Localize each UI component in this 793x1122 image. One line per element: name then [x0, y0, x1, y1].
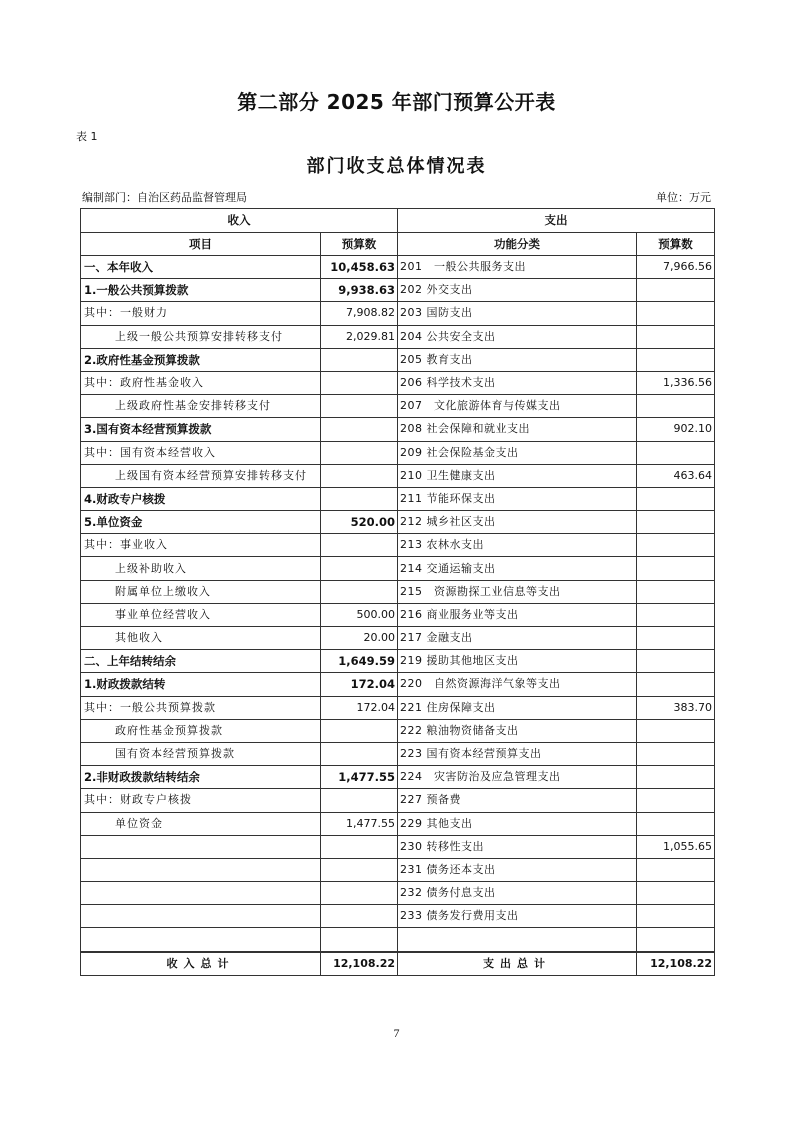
- expense-function-label: 203 国防支出: [398, 302, 637, 325]
- income-item-label: 上级国有资本经营预算安排转移支付: [81, 464, 321, 487]
- income-item-value: [321, 835, 398, 858]
- expense-function-label: 230 转移性支出: [398, 835, 637, 858]
- expense-function-label: 221 住房保障支出: [398, 696, 637, 719]
- income-item-label: 一、本年收入: [81, 256, 321, 279]
- income-total-value: 12,108.22: [321, 952, 398, 976]
- expense-function-value: 7,966.56: [637, 256, 715, 279]
- compiling-department: 编制部门：自治区药品监督管理局: [82, 189, 247, 205]
- expense-total-label: 支出总计: [398, 952, 637, 976]
- income-item-label: [81, 858, 321, 881]
- income-item-label: 事业单位经营收入: [81, 603, 321, 626]
- income-item-value: 1,477.55: [321, 766, 398, 789]
- expense-function-label: 222 粮油物资储备支出: [398, 719, 637, 742]
- expense-function-value: [637, 858, 715, 881]
- table-row: 单位资金1,477.55229 其他支出: [81, 812, 715, 835]
- table-row: 上级一般公共预算安排转移支付2,029.81204 公共安全支出: [81, 325, 715, 348]
- income-item-value: 1,649.59: [321, 650, 398, 673]
- expense-function-label: 209 社会保险基金支出: [398, 441, 637, 464]
- expense-function-value: [637, 719, 715, 742]
- expense-function-value: [637, 279, 715, 302]
- expense-function-value: [637, 650, 715, 673]
- income-item-value: [321, 395, 398, 418]
- income-item-label: 单位资金: [81, 812, 321, 835]
- section-header-row: 收入 支出: [81, 209, 715, 233]
- income-item-label: 3.国有资本经营预算拨款: [81, 418, 321, 441]
- expense-function-value: [637, 789, 715, 812]
- expense-function-label: 231 债务还本支出: [398, 858, 637, 881]
- table-row: 附属单位上缴收入215 资源勘探工业信息等支出: [81, 580, 715, 603]
- table-row: 其中：一般财力7,908.82203 国防支出: [81, 302, 715, 325]
- table-row: 上级政府性基金安排转移支付207 文化旅游体育与传媒支出: [81, 395, 715, 418]
- income-item-label: 上级补助收入: [81, 557, 321, 580]
- income-item-value: [321, 464, 398, 487]
- table-row: 4.财政专户核拨211 节能环保支出: [81, 487, 715, 510]
- income-item-label: [81, 882, 321, 905]
- main-title: 第二部分 2025 年部门预算公开表: [0, 86, 793, 115]
- table-row: 其中：事业收入213 农林水支出: [81, 534, 715, 557]
- expense-function-label: 233 债务发行费用支出: [398, 905, 637, 928]
- expense-function-value: 902.10: [637, 418, 715, 441]
- income-item-value: [321, 719, 398, 742]
- expense-total-value: 12,108.22: [637, 952, 715, 976]
- income-item-value: 20.00: [321, 627, 398, 650]
- income-item-label: 其他收入: [81, 627, 321, 650]
- column-header-row: 项目 预算数 功能分类 预算数: [81, 232, 715, 256]
- income-item-value: [321, 858, 398, 881]
- income-item-label: 政府性基金预算拨款: [81, 719, 321, 742]
- expense-function-label: 211 节能环保支出: [398, 487, 637, 510]
- expense-function-label: 224 灾害防治及应急管理支出: [398, 766, 637, 789]
- table-row: 其中：财政专户核拨227 预备费: [81, 789, 715, 812]
- income-item-label: 1.一般公共预算拨款: [81, 279, 321, 302]
- table-row: 2.非财政拨款结转结余1,477.55224 灾害防治及应急管理支出: [81, 766, 715, 789]
- income-item-label: 上级一般公共预算安排转移支付: [81, 325, 321, 348]
- table-row: 政府性基金预算拨款222 粮油物资储备支出: [81, 719, 715, 742]
- income-item-label: 2.非财政拨款结转结余: [81, 766, 321, 789]
- income-item-label: [81, 905, 321, 928]
- expense-function-value: [637, 812, 715, 835]
- expense-function-label: 202 外交支出: [398, 279, 637, 302]
- income-item-label: 国有资本经营预算拨款: [81, 742, 321, 765]
- expense-function-label: 229 其他支出: [398, 812, 637, 835]
- income-item-value: [321, 928, 398, 952]
- expense-function-label: 220 自然资源海洋气象等支出: [398, 673, 637, 696]
- table-row: 二、上年结转结余1,649.59219 援助其他地区支出: [81, 650, 715, 673]
- expense-function-label: 206 科学技术支出: [398, 371, 637, 394]
- expense-function-value: [637, 627, 715, 650]
- expense-function-label: 214 交通运输支出: [398, 557, 637, 580]
- expense-function-label: 219 援助其他地区支出: [398, 650, 637, 673]
- income-item-label: 其中：事业收入: [81, 534, 321, 557]
- table-row: 上级补助收入214 交通运输支出: [81, 557, 715, 580]
- income-item-value: 9,938.63: [321, 279, 398, 302]
- income-item-value: 10,458.63: [321, 256, 398, 279]
- expense-function-value: [637, 603, 715, 626]
- expense-function-label: 227 预备费: [398, 789, 637, 812]
- table-row: 230 转移性支出1,055.65: [81, 835, 715, 858]
- income-item-label: 其中：政府性基金收入: [81, 371, 321, 394]
- unit-label: 单位：万元: [656, 189, 711, 205]
- table-row: 1.财政拨款结转172.04220 自然资源海洋气象等支出: [81, 673, 715, 696]
- expense-function-label: 213 农林水支出: [398, 534, 637, 557]
- table-row: 其他收入20.00217 金融支出: [81, 627, 715, 650]
- col-header-item: 项目: [81, 232, 321, 256]
- expense-function-label: 217 金融支出: [398, 627, 637, 650]
- expense-function-value: [637, 302, 715, 325]
- income-header: 收入: [81, 209, 398, 233]
- expense-function-value: [637, 348, 715, 371]
- income-item-label: 2.政府性基金预算拨款: [81, 348, 321, 371]
- income-item-label: 其中：财政专户核拨: [81, 789, 321, 812]
- table-row: 2.政府性基金预算拨款205 教育支出: [81, 348, 715, 371]
- income-item-label: 附属单位上缴收入: [81, 580, 321, 603]
- expense-function-value: [637, 395, 715, 418]
- table-row: 事业单位经营收入500.00216 商业服务业等支出: [81, 603, 715, 626]
- expense-function-value: [637, 580, 715, 603]
- income-item-value: [321, 580, 398, 603]
- expense-function-label: 208 社会保障和就业支出: [398, 418, 637, 441]
- col-header-budget-expense: 预算数: [637, 232, 715, 256]
- expense-function-value: [637, 534, 715, 557]
- table-row: 3.国有资本经营预算拨款208 社会保障和就业支出902.10: [81, 418, 715, 441]
- expense-function-value: [637, 742, 715, 765]
- table-row: 1.一般公共预算拨款9,938.63202 外交支出: [81, 279, 715, 302]
- budget-summary-table: 收入 支出 项目 预算数 功能分类 预算数 一、本年收入10,458.63201…: [80, 208, 715, 976]
- table-row: 5.单位资金520.00212 城乡社区支出: [81, 511, 715, 534]
- income-total-label: 收入总计: [81, 952, 321, 976]
- expense-function-value: [637, 487, 715, 510]
- expense-function-value: 1,055.65: [637, 835, 715, 858]
- table-row: 其中：国有资本经营收入209 社会保险基金支出: [81, 441, 715, 464]
- income-item-label: 4.财政专户核拨: [81, 487, 321, 510]
- income-item-label: [81, 928, 321, 952]
- expense-function-value: [637, 673, 715, 696]
- expense-function-value: 1,336.56: [637, 371, 715, 394]
- income-item-value: [321, 487, 398, 510]
- expense-function-label: 204 公共安全支出: [398, 325, 637, 348]
- table-row: [81, 928, 715, 952]
- income-item-value: [321, 882, 398, 905]
- income-item-value: [321, 348, 398, 371]
- income-item-label: 上级政府性基金安排转移支付: [81, 395, 321, 418]
- expense-function-label: 205 教育支出: [398, 348, 637, 371]
- expense-function-value: [637, 557, 715, 580]
- expense-function-value: [637, 882, 715, 905]
- income-item-value: 2,029.81: [321, 325, 398, 348]
- expense-function-label: 215 资源勘探工业信息等支出: [398, 580, 637, 603]
- expense-function-label: 207 文化旅游体育与传媒支出: [398, 395, 637, 418]
- table-row: 其中：一般公共预算拨款172.04221 住房保障支出383.70: [81, 696, 715, 719]
- income-item-label: 其中：国有资本经营收入: [81, 441, 321, 464]
- expense-function-value: [637, 511, 715, 534]
- total-row: 收入总计12,108.22支出总计12,108.22: [81, 952, 715, 976]
- income-item-label: 1.财政拨款结转: [81, 673, 321, 696]
- income-item-value: [321, 418, 398, 441]
- expense-function-value: [637, 325, 715, 348]
- table-row: 上级国有资本经营预算安排转移支付210 卫生健康支出463.64: [81, 464, 715, 487]
- income-item-label: 二、上年结转结余: [81, 650, 321, 673]
- expense-function-value: [637, 441, 715, 464]
- income-item-label: 其中：一般公共预算拨款: [81, 696, 321, 719]
- expense-function-label: 210 卫生健康支出: [398, 464, 637, 487]
- expense-header: 支出: [398, 209, 715, 233]
- expense-function-value: [637, 766, 715, 789]
- table-number: 表 1: [76, 128, 98, 144]
- table-row: 国有资本经营预算拨款223 国有资本经营预算支出: [81, 742, 715, 765]
- expense-function-label: 216 商业服务业等支出: [398, 603, 637, 626]
- table-row: 一、本年收入10,458.63201 一般公共服务支出7,966.56: [81, 256, 715, 279]
- income-item-value: 172.04: [321, 673, 398, 696]
- income-item-label: 其中：一般财力: [81, 302, 321, 325]
- table-row: 231 债务还本支出: [81, 858, 715, 881]
- income-item-value: [321, 905, 398, 928]
- income-item-value: [321, 534, 398, 557]
- income-item-value: [321, 557, 398, 580]
- col-header-function: 功能分类: [398, 232, 637, 256]
- table-title: 部门收支总体情况表: [0, 152, 793, 178]
- expense-function-label: 223 国有资本经营预算支出: [398, 742, 637, 765]
- page-number: 7: [0, 1026, 793, 1041]
- income-item-value: 500.00: [321, 603, 398, 626]
- expense-function-value: 383.70: [637, 696, 715, 719]
- expense-function-value: [637, 928, 715, 952]
- table-row: 232 债务付息支出: [81, 882, 715, 905]
- expense-function-value: 463.64: [637, 464, 715, 487]
- table-row: 其中：政府性基金收入206 科学技术支出1,336.56: [81, 371, 715, 394]
- income-item-value: [321, 789, 398, 812]
- income-item-value: 172.04: [321, 696, 398, 719]
- income-item-value: [321, 371, 398, 394]
- expense-function-label: 232 债务付息支出: [398, 882, 637, 905]
- income-item-value: 7,908.82: [321, 302, 398, 325]
- expense-function-label: 212 城乡社区支出: [398, 511, 637, 534]
- col-header-budget-income: 预算数: [321, 232, 398, 256]
- income-item-label: [81, 835, 321, 858]
- expense-function-label: 201 一般公共服务支出: [398, 256, 637, 279]
- expense-function-value: [637, 905, 715, 928]
- income-item-value: [321, 742, 398, 765]
- income-item-value: 1,477.55: [321, 812, 398, 835]
- income-item-value: [321, 441, 398, 464]
- expense-function-label: [398, 928, 637, 952]
- income-item-label: 5.单位资金: [81, 511, 321, 534]
- income-item-value: 520.00: [321, 511, 398, 534]
- table-row: 233 债务发行费用支出: [81, 905, 715, 928]
